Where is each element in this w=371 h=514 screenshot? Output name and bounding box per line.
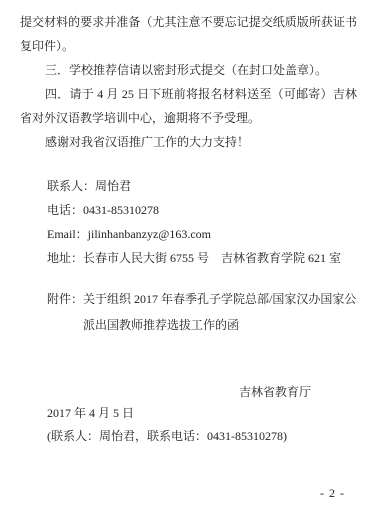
body-paragraphs: 提交材料的要求并准备（尤其注意不要忘记提交纸质版所获证书复印件）。 三．学校推荐…: [20, 10, 357, 154]
document-date: 2017 年 4 月 5 日: [20, 402, 357, 424]
attachment-label: 附件：: [47, 286, 83, 338]
paragraph-thanks: 感谢对我省汉语推广工作的大力支持！: [20, 130, 357, 154]
issuer-signature: 吉林省教育厅: [20, 382, 357, 402]
paragraph-item-three: 三．学校推荐信请以密封形式提交（在封口处盖章）。: [20, 58, 357, 82]
document-page: 提交材料的要求并准备（尤其注意不要忘记提交纸质版所获证书复印件）。 三．学校推荐…: [0, 0, 371, 514]
page-number: - 2 -: [320, 486, 345, 501]
attachment-title: 关于组织 2017 年春季孔子学院总部/国家汉办国家公派出国教师推荐选拔工作的函: [83, 286, 357, 338]
attachment-note: 附件： 关于组织 2017 年春季孔子学院总部/国家汉办国家公派出国教师推荐选拔…: [20, 286, 357, 338]
contact-person-line: 联系人：周怡君: [47, 174, 357, 198]
footer-contact-note: (联系人：周怡君，联系电话：0431-85310278): [20, 424, 357, 448]
paragraph-continuation: 提交材料的要求并准备（尤其注意不要忘记提交纸质版所获证书复印件）。: [20, 10, 357, 58]
paragraph-item-four: 四．请于 4 月 25 日下班前将报名材料送至（可邮寄）吉林省对外汉语教学培训中…: [20, 82, 357, 130]
contact-phone-line: 电话：0431-85310278: [47, 198, 357, 222]
contact-email-line: Email：jilinhanbanzyz@163.com: [47, 222, 357, 246]
contact-block: 联系人：周怡君 电话：0431-85310278 Email：jilinhanb…: [20, 174, 357, 270]
contact-address-line: 地址：长春市人民大街 6755 号 吉林省教育学院 621 室: [47, 246, 357, 270]
